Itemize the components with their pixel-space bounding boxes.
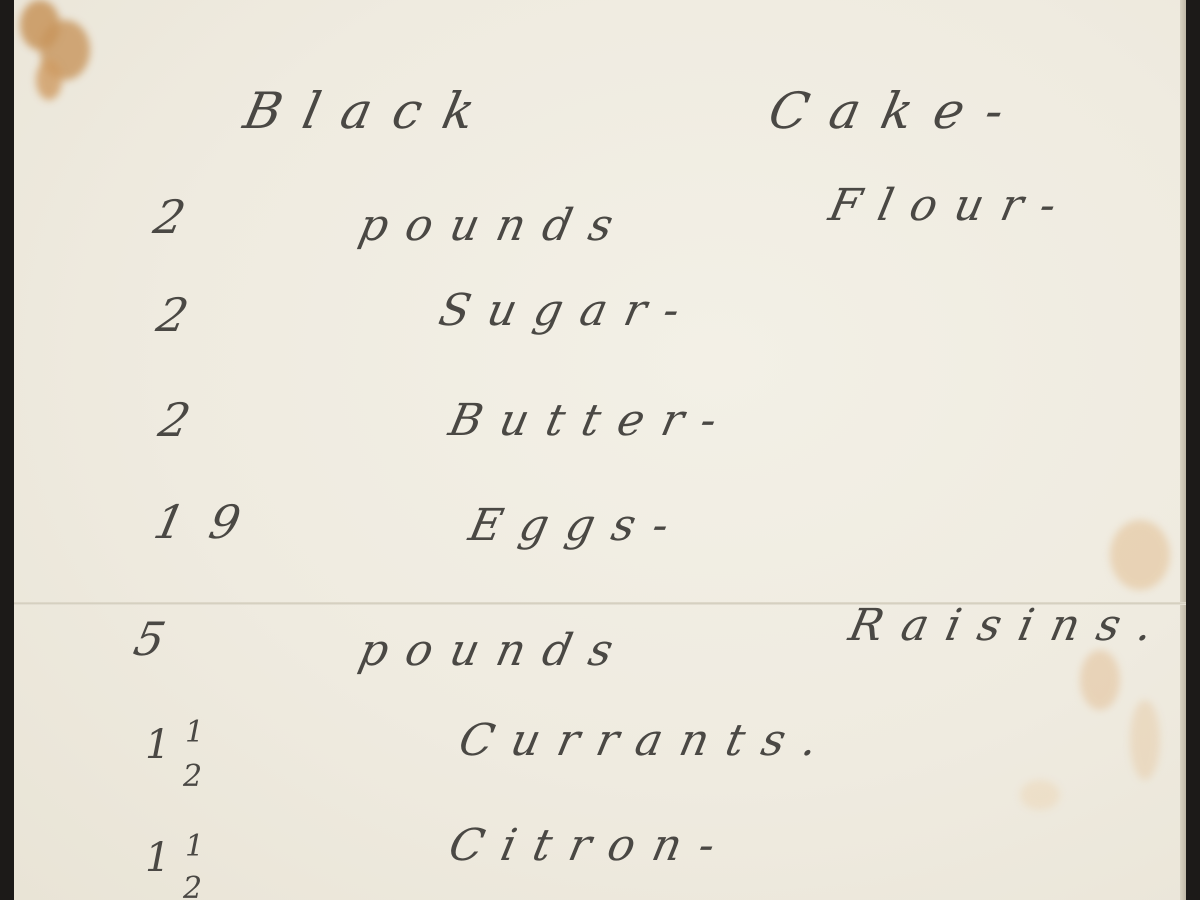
- title-word-cake: Cake-: [764, 82, 1031, 140]
- stain-right: [1080, 650, 1120, 710]
- ingredient-name: Sugar-: [435, 285, 703, 336]
- ingredient-name: Butter-: [445, 395, 740, 446]
- ingredient-qty-frac-den: 2: [183, 874, 202, 900]
- ingredient-name: Flour-: [825, 180, 1079, 231]
- ingredient-qty-whole: 1: [145, 725, 170, 765]
- ingredient-unit: pounds: [355, 625, 636, 676]
- ingredient-qty-frac-den: 2: [183, 762, 202, 792]
- ingredient-qty: 2: [152, 288, 219, 342]
- ingredient-unit: pounds: [355, 200, 636, 251]
- ingredient-name: Raisins.: [845, 600, 1176, 651]
- ingredient-qty-whole: 1: [145, 838, 170, 878]
- stain-right: [1020, 780, 1060, 810]
- page-edge: [1180, 0, 1186, 900]
- ingredient-name: Citron-: [445, 820, 738, 871]
- stain-right: [1110, 520, 1170, 590]
- stain-top-left: [36, 60, 62, 100]
- ingredient-qty-frac-num: 1: [185, 832, 204, 862]
- ingredient-name: Eggs-: [465, 500, 692, 551]
- ingredient-qty: 2: [149, 190, 216, 244]
- ingredient-qty: 5: [129, 612, 196, 666]
- ingredient-name: Currants.: [455, 715, 841, 766]
- ingredient-qty: 19: [149, 495, 271, 549]
- stain-right: [1130, 700, 1160, 780]
- ingredient-qty-frac-num: 1: [185, 718, 204, 748]
- title-word-black: Black: [239, 82, 502, 140]
- ingredient-qty: 2: [154, 393, 221, 447]
